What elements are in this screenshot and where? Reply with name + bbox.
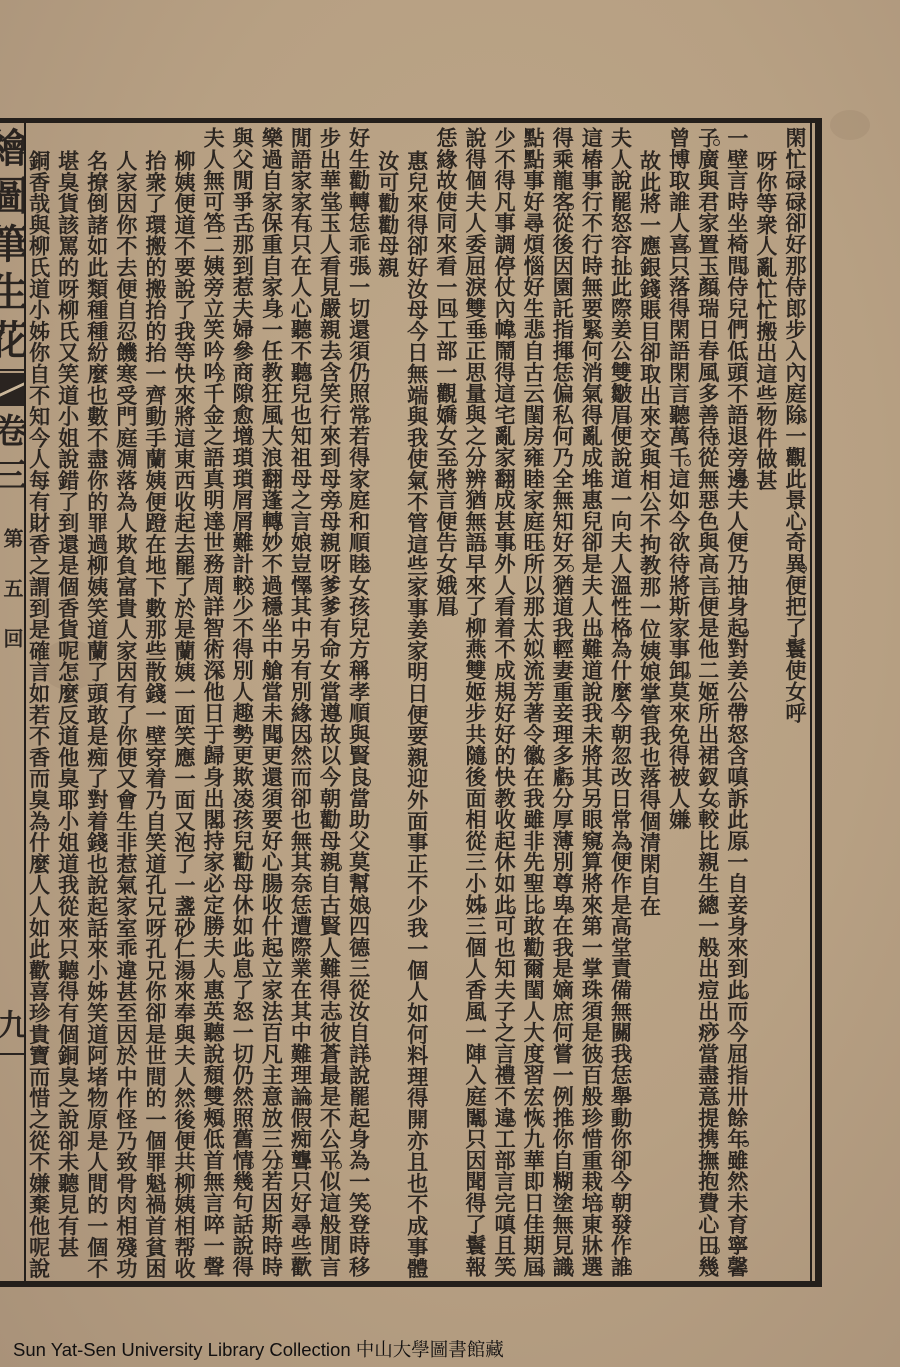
- text-column: 得乘龍客從後因園託指揮恁偏私何乃全無知好歹猶道我輕妻重妾理多虧分厚薄別尊卑在我是…: [548, 127, 577, 1282]
- text-column: 點點事好尋煩惱好生悲自古云閨房雍睦家庭旺所以那太姒流芳著令徽在我雖非先聖比敢勸爾…: [519, 127, 548, 1282]
- text-column: 人家因你不去便自忍饑寒受門庭凋落為人欺負富貴人家因有了你便又會生非惹氣家室乖違甚…: [112, 127, 141, 1282]
- text-column: 銅香哉與柳氏道小姊你自不知今人每有財香之謂到是確言如若不香而臭為什麼人人如此歡喜…: [27, 127, 54, 1282]
- text-column: 閑忙碌碌卻好那侍郎步入內庭除一觀此景心奇異便把了鬟使女呼: [781, 127, 810, 1282]
- margin-divider: [0, 369, 24, 371]
- paper-stain: [830, 110, 870, 140]
- text-column: 夫人說罷怒容扯此際姜公雙皺眉便說道一向夫人溫性格為什麼今朝忽改日常為便作是高堂責…: [606, 127, 635, 1282]
- volume-label: 卷三: [0, 413, 24, 523]
- text-column: 夫人無可答二姨旁立笑吟吟千金之語真明達世務周詳智術深他日于歸身出閣持家必定勝夫人…: [199, 127, 228, 1282]
- text-column: 汝可勸勸母親: [374, 127, 403, 1282]
- text-column: 一壁言時坐椅間侍兒們低頭不語退旁邊夫人便乃抽身起對姜公帶怒含嗔訴此原一自妾身來到…: [723, 127, 752, 1282]
- text-column: 曾博取誰人喜只落得閑語閑言聽萬千這如今欲待將斯家事卸莫來免得被人嫌: [665, 127, 694, 1282]
- book-title: 繪圖筆生花: [0, 127, 24, 377]
- frame-top-border: [0, 118, 822, 123]
- text-column: 柳姨便道不要說了我等快來將這東西收起去罷了於是蘭姨一面笑應一面又泡了一盞砂仁湯來…: [170, 127, 199, 1282]
- text-column: 抬衆了環搬的搬抬的抬一齊動手蘭姨便蹬在地下數那些散錢一壁穿着乃自笑道孔兄呀孔兄你…: [141, 127, 170, 1282]
- text-column: 惠兒來得卻好汝母今日無端與我使氣不管這些家事姜家明日便要親迎外面事正不少我一個人…: [403, 127, 432, 1282]
- margin-separator-line: [24, 123, 26, 1281]
- text-column: 故此將一應銀錢賬目卻取出來交與相公不拘教那一位姨娘掌管我也落得個清閑自在: [635, 127, 664, 1282]
- book-margin-strip: 繪圖筆生花 卷三 第五回 九: [0, 123, 24, 1281]
- text-column: 少不得凡事調停仗內幃鬧得這宅亂家翻成甚事外人看着不成規好好的快教收起休如此可也知…: [490, 127, 519, 1282]
- frame-right-border: [815, 118, 822, 1287]
- collection-credit: Sun Yat-Sen University Library Collectio…: [13, 1336, 504, 1362]
- text-column: 這樁事行不行時無要緊何消氣得亂成堆惠兒卻是夫人出難道說我未將其另眼窺算將來第一掌…: [577, 127, 606, 1282]
- text-column: 步出華堂玉人看見嚴親去含笑行來到母旁母親呀爹爹有命女當遵故以今朝勸母親自古賢人難…: [315, 127, 344, 1282]
- text-column: 與父閒爭舌那到惹夫婦參商隙愈增瑣瑣屑屑難計較少不得別人趣勢更欺凌孩兒勸母休如此息…: [228, 127, 257, 1282]
- chapter-label: 第五回: [1, 528, 23, 668]
- text-column: 說得個夫人委屈淚雙垂正思量與之分辨猶無語早來了柳燕雙姬步共隨後面相從三小姊三個人…: [461, 127, 490, 1282]
- text-column: 樂過自家保重自家身一任教狂風大浪翻蓬轉妙不過穩坐中艙當未聞更還須要好心腸收什起立…: [257, 127, 286, 1282]
- fish-tail-mark: [0, 373, 24, 406]
- text-column: 名撩倒諸如此類種種紛麼也數不盡你的罪過柳姨笑道蘭了頭敢是痴了對着錢也說起話來小姊…: [83, 127, 112, 1282]
- text-column: 恁緣故使同來看一回工部一觀嬌女至將言便告女娥眉: [432, 127, 461, 1282]
- frame-right-inner-line: [810, 123, 812, 1283]
- text-column: 子廣與君家置玉顏瑞日春風多善待從無惡色與高言便是他二姬所出裙釵女較比親生總一般出…: [694, 127, 723, 1282]
- text-column: 好生勸轉恁乖張一切還須仍照常若得家庭和順睦女孩兒方稱孝順與賢良當助父莫幫娘四德三…: [345, 127, 374, 1282]
- main-text-block: 閑忙碌碌卻好那侍郎步入內庭除一觀此景心奇異便把了鬟使女呼 呀你等衆人亂忙忙搬出這…: [27, 127, 810, 1282]
- page-number: 九: [0, 1009, 24, 1045]
- margin-divider: [0, 1053, 24, 1055]
- text-column: 堪臭貨該罵的呀柳氏又笑道小姐說錯了到還是個香貨呢怎麼反道他臭耶小姐道我從來只聽得…: [54, 127, 83, 1282]
- text-column: 呀你等衆人亂忙忙搬出這些物件做甚: [752, 127, 781, 1282]
- text-column: 閒語家家有只在人心聽不聽兒也知祖母之言娘豈懌其中另有別緣因然而卻也無其奈恁遭際業…: [286, 127, 315, 1282]
